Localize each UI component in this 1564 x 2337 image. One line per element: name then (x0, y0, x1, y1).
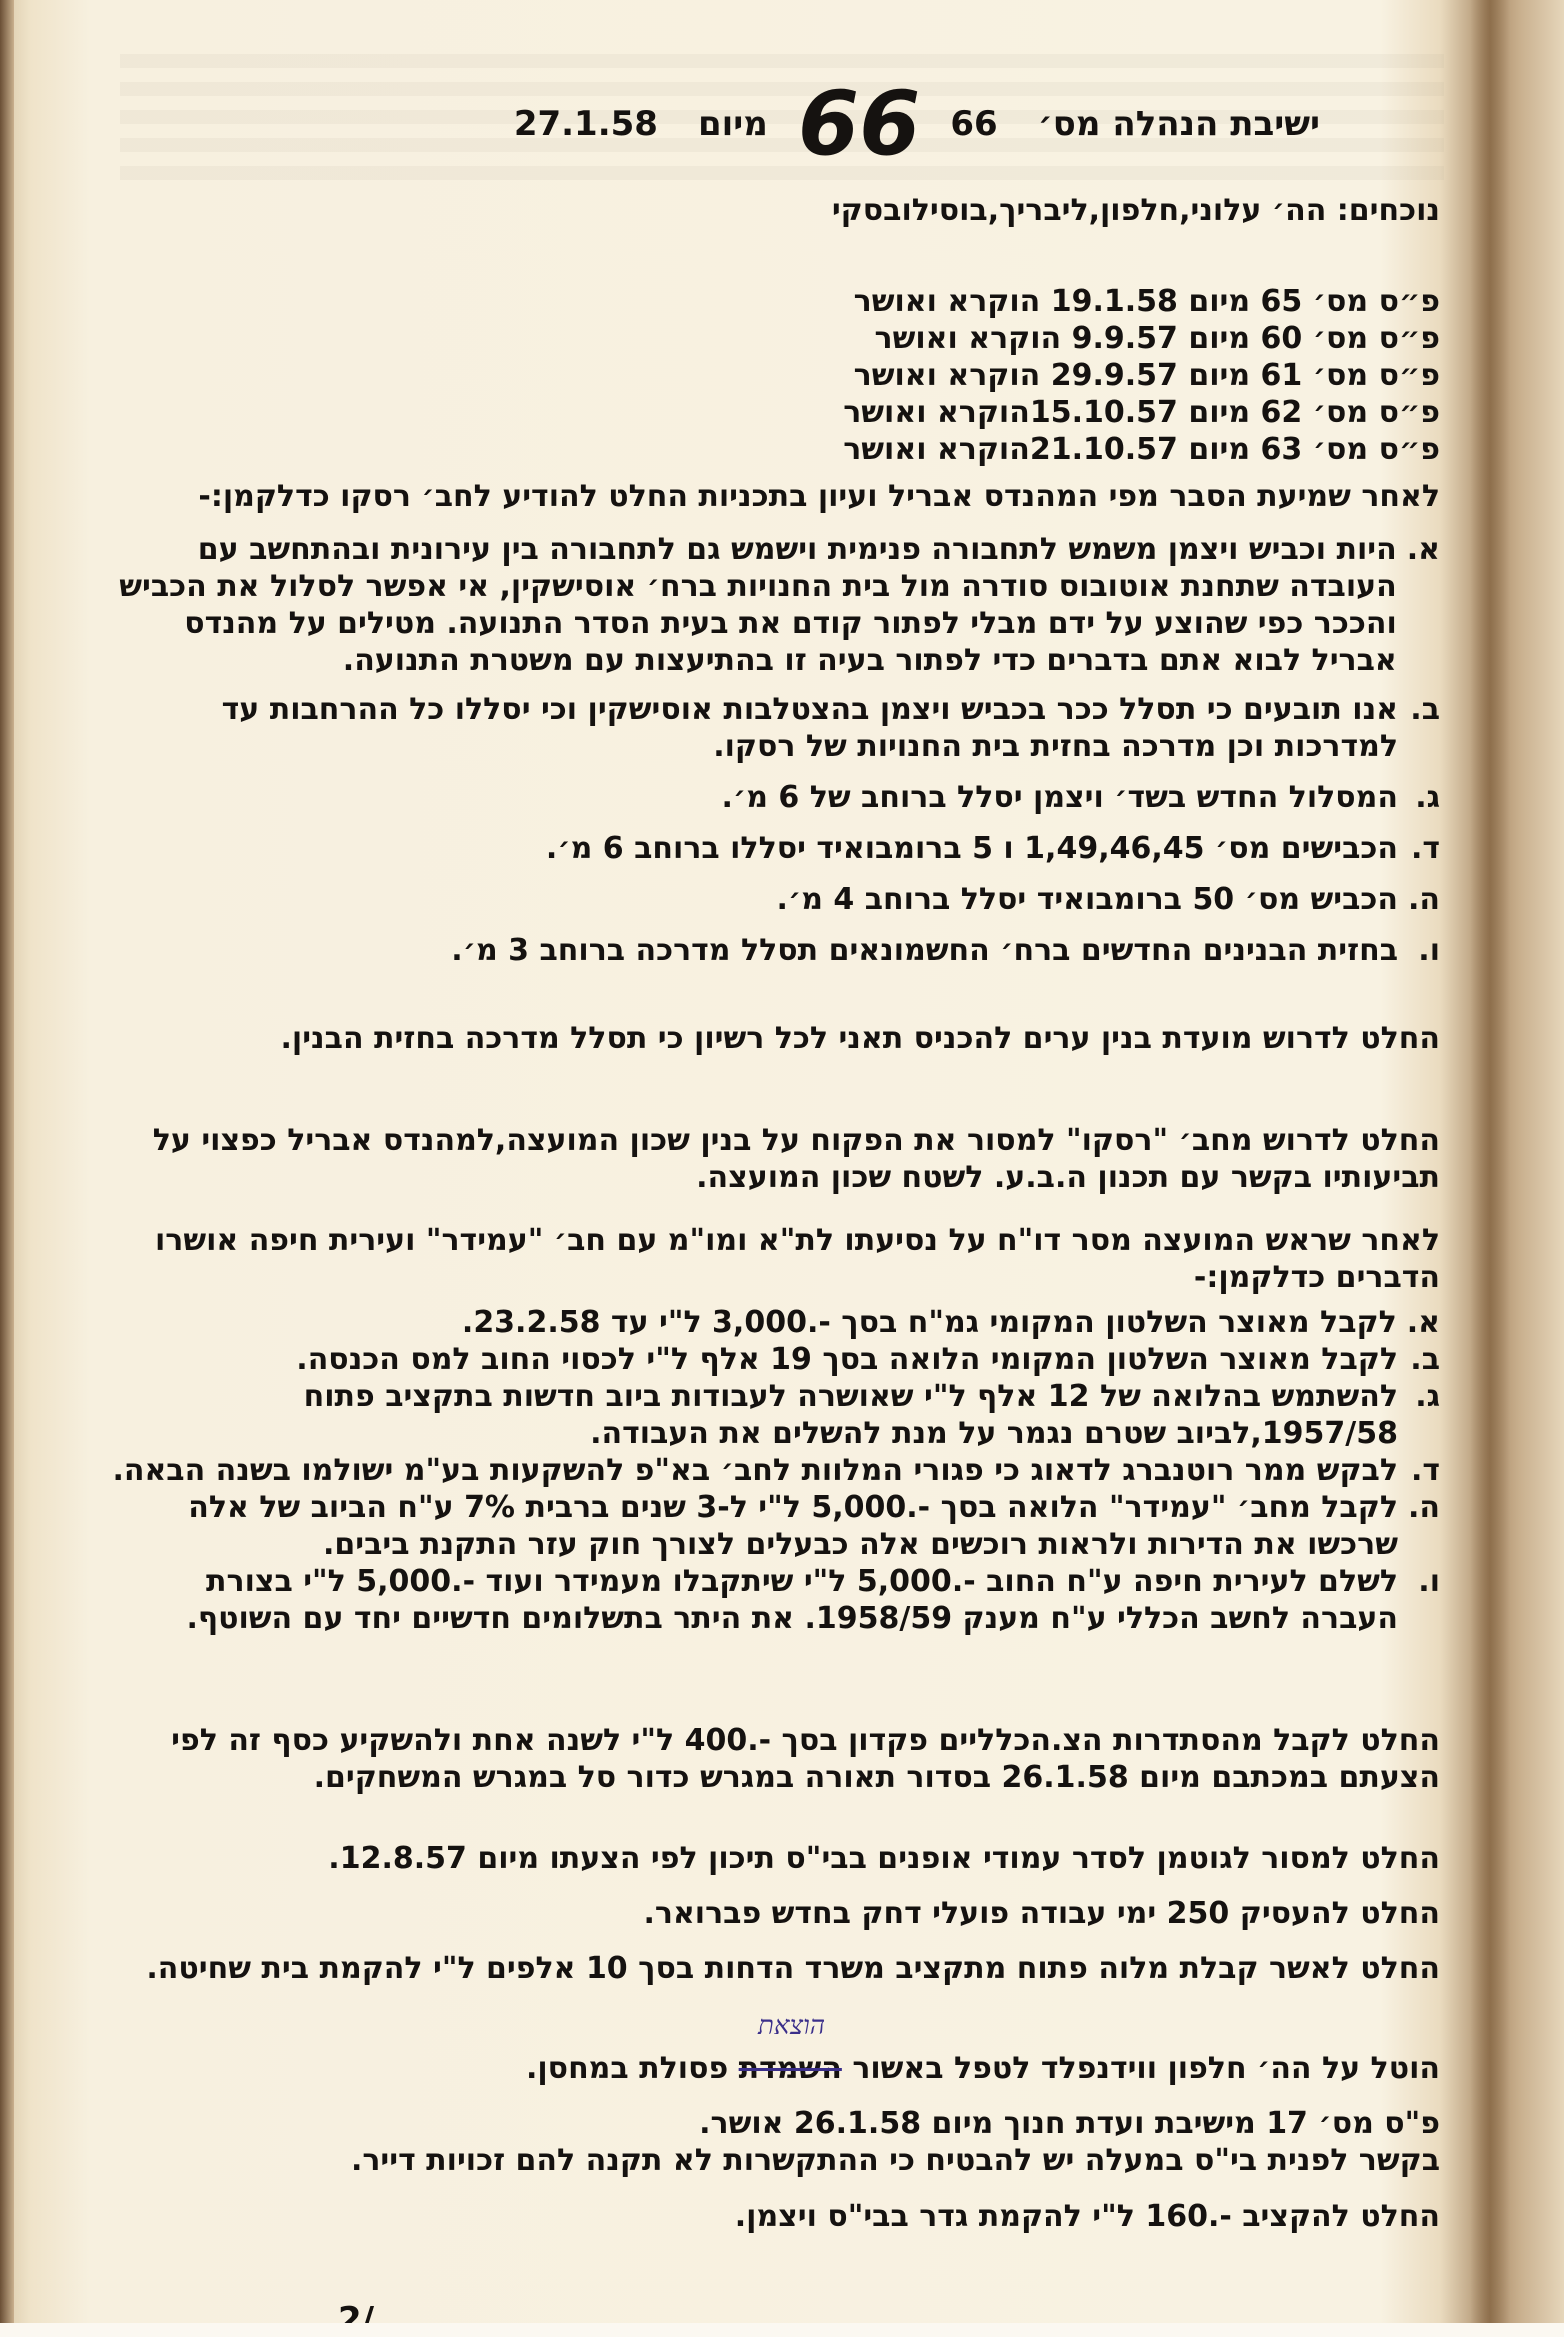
decision-bicycle-stands: החלט למסור לגוטמן לסדר עמודי אופנים בבי"… (100, 1840, 1440, 1877)
item-text: אנו תובעים כי תסלל ככר בכביש ויצמן בהצטל… (100, 691, 1398, 765)
education-committee: פ"ס מס׳ 17 מישיבת ועדת חנוך מיום 26.1.58… (100, 2105, 1440, 2179)
section-intro: לאחר שראש המועצה מסר דו"ח על נסיעתו לת"א… (100, 1222, 1440, 1296)
decision-zoning: החלט לדרוש מועדת בנין ערים להכניס תאני ל… (100, 1020, 1440, 1057)
book-edge (0, 0, 14, 2337)
item-text: לשלם לעירית חיפה ע"ח החוב -.5,000 ל"י שי… (100, 1563, 1398, 1637)
list-item: ג. להשתמש בהלואה של 12 אלף ל"י שאושרה לע… (100, 1378, 1440, 1452)
decision-slaughterhouse: החלט לאשר קבלת מלוה פתוח מתקציב משרד הדח… (100, 1950, 1440, 1987)
item-label: ו. (1408, 932, 1440, 969)
list-item: ה. הכביש מס׳ 50 ברומבואיד יסלל ברוחב 4 מ… (100, 881, 1440, 918)
item-label: ה. (1408, 1489, 1440, 1563)
item-text: להשתמש בהלואה של 12 אלף ל"י שאושרה לעבוד… (100, 1378, 1398, 1452)
item-label: א. (1407, 1304, 1440, 1341)
attendees: נוכחים: הה׳ עלוני,חלפון,ליבריך,בוסילובסק… (100, 192, 1440, 229)
item-label: ב. (1408, 691, 1440, 765)
assignment-text-after: פסולת במחסן. (526, 2051, 728, 2086)
item-label: ה. (1408, 881, 1440, 918)
meeting-number: 66 (950, 106, 997, 143)
item-text: המסלול החדש בשד׳ ויצמן יסלל ברוחב של 6 מ… (100, 779, 1398, 816)
document-header: ישיבת הנהלה מס׳ 66 66 מיום 27.1.58 (340, 80, 1320, 168)
approved-protocols-list: פ״ס מס׳ 65 מיום 19.1.58 הוקרא ואושר פ״ס … (100, 283, 1440, 468)
item-label: ב. (1408, 1341, 1440, 1378)
item-label: ד. (1408, 1452, 1440, 1489)
list-item: ה. לקבל מחב׳ "עמידר" הלואה בסך -.5,000 ל… (100, 1489, 1440, 1563)
item-text: לקבל מאוצר השלטון המקומי גמ"ח בסך -.3,00… (100, 1304, 1397, 1341)
item-text: הכבישים מס׳ 1,49,46,45 ו 5 ברומבואיד יסל… (100, 830, 1398, 867)
decision-fence: החלט להקציב -.160 ל"י להקמת גדר בבי"ס וי… (100, 2198, 1440, 2235)
item-label: א. (1407, 531, 1440, 679)
handwritten-correction: הוצאת (758, 2008, 825, 2045)
book-spine-shadow (1470, 0, 1510, 2337)
item-text: הכביש מס׳ 50 ברומבואיד יסלל ברוחב 4 מ׳. (100, 881, 1398, 918)
item-label: ו. (1408, 1563, 1440, 1637)
list-item: ד. הכבישים מס׳ 1,49,46,45 ו 5 ברומבואיד … (100, 830, 1440, 867)
item-text: לקבל מאוצר השלטון המקומי הלואה בסך 19 אל… (100, 1341, 1398, 1378)
education-protocol: פ"ס מס׳ 17 מישיבת ועדת חנוך מיום 26.1.58… (100, 2105, 1440, 2142)
meeting-date: 27.1.58 (514, 106, 658, 143)
list-item: ג. המסלול החדש בשד׳ ויצמן יסלל ברוחב של … (100, 779, 1440, 816)
struck-word: השמדת (739, 2051, 842, 2086)
list-item: ב. לקבל מאוצר השלטון המקומי הלואה בסך 19… (100, 1341, 1440, 1378)
handwritten-meeting-number: 66 (798, 80, 920, 168)
list-item: א. לקבל מאוצר השלטון המקומי גמ"ח בסך -.3… (100, 1304, 1440, 1341)
list-item: ד. לבקש ממר רוטנברג לדאוג כי פגורי המלוו… (100, 1452, 1440, 1489)
decision-basketball-lighting: החלט לקבל מהסתדרות הצ.הכלליים פקדון בסך … (100, 1722, 1440, 1796)
protocol-line: פ״ס מס׳ 61 מיום 29.9.57 הוקרא ואושר (100, 357, 1440, 394)
section-intro: לאחר שמיעת הסבר מפי המהנדס אבריל ועיון ב… (100, 478, 1440, 515)
list-item: א. היות וכביש ויצמן משמש לתחבורה פנימית … (100, 531, 1440, 679)
list-item: ו. לשלם לעירית חיפה ע"ח החוב -.5,000 ל"י… (100, 1563, 1440, 1637)
assignment-waste: הוטל על הה׳ חלפון ווידנפלד לטפל באשור הש… (100, 2050, 1440, 2087)
item-label: ד. (1408, 830, 1440, 867)
protocol-line: פ״ס מס׳ 65 מיום 19.1.58 הוקרא ואושר (100, 283, 1440, 320)
item-text: בחזית הבנינים החדשים ברח׳ החשמונאים תסלל… (100, 932, 1398, 969)
date-prefix: מיום (698, 106, 768, 143)
decision-rasco: החלט לדרוש מחב׳ "רסקו" למסור את הפקוח על… (100, 1122, 1440, 1196)
item-label: ג. (1408, 1378, 1440, 1452)
decision-relief-workers: החלט להעסיק 250 ימי עבודה פועלי דחק בחדש… (100, 1895, 1440, 1932)
section-finance: לאחר שראש המועצה מסר דו"ח על נסיעתו לת"א… (100, 1222, 1440, 1637)
meeting-title: ישיבת הנהלה מס׳ (1038, 106, 1320, 143)
protocol-line: פ״ס מס׳ 63 מיום 21.10.57הוקרא ואושר (100, 431, 1440, 468)
protocol-line: פ״ס מס׳ 60 מיום 9.9.57 הוקרא ואושר (100, 320, 1440, 357)
list-item: ו. בחזית הבנינים החדשים ברח׳ החשמונאים ת… (100, 932, 1440, 969)
item-text: לבקש ממר רוטנברג לדאוג כי פגורי המלוות ל… (100, 1452, 1398, 1489)
assignment-text-before: הוטל על הה׳ חלפון ווידנפלד לטפל באשור (852, 2051, 1440, 2086)
section-rasco-plans: לאחר שמיעת הסבר מפי המהנדס אבריל ועיון ב… (100, 478, 1440, 969)
bottom-margin (0, 2323, 1564, 2337)
item-text: לקבל מחב׳ "עמידר" הלואה בסך -.5,000 ל"י … (100, 1489, 1398, 1563)
education-note: בקשר לפנית בי"ס במעלה יש להבטיח כי ההתקש… (100, 2142, 1440, 2179)
item-label: ג. (1408, 779, 1440, 816)
item-text: היות וכביש ויצמן משמש לתחבורה פנימית ויש… (100, 531, 1397, 679)
protocol-line: פ״ס מס׳ 62 מיום 15.10.57הוקרא ואושר (100, 394, 1440, 431)
list-item: ב. אנו תובעים כי תסלל ככר בכביש ויצמן בה… (100, 691, 1440, 765)
